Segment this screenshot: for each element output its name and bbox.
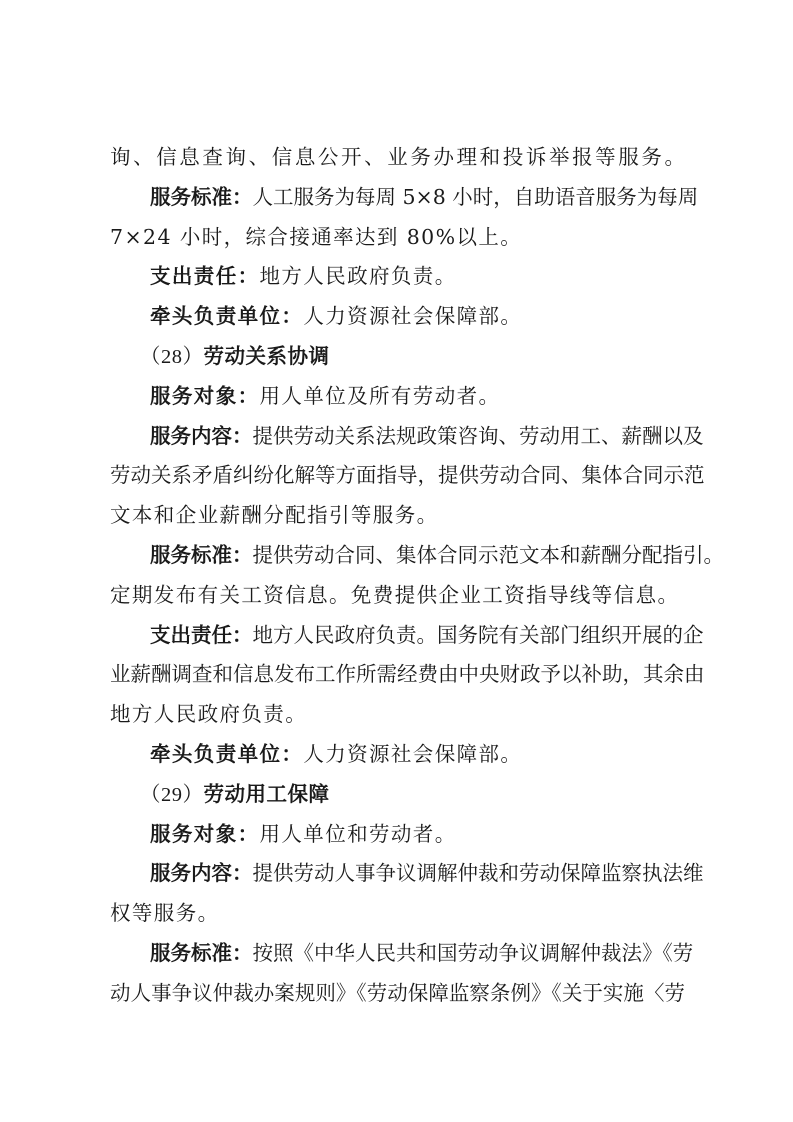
body-text: 地方人民政府负责。	[110, 702, 307, 726]
field-label: 服务对象：	[150, 822, 260, 846]
section-number: （28）	[140, 346, 204, 368]
paragraph-line: 询、信息查询、信息公开、业务办理和投诉举报等服务。	[110, 141, 685, 181]
paragraph-line: 支出责任：地方人民政府负责。国务院有关部门组织开展的企	[110, 619, 685, 659]
document-page: 询、信息查询、信息公开、业务办理和投诉举报等服务。 服务标准：人工服务为每周 5…	[110, 141, 685, 1017]
paragraph-line: 服务标准：按照《中华人民共和国劳动争议调解仲裁法》《劳	[110, 937, 685, 977]
body-text: 动人事争议仲裁办案规则》《劳动保障监察条例》《关于实施〈劳	[110, 981, 685, 1005]
field-label: 服务标准：	[150, 941, 253, 965]
section-title: 劳动关系协调	[204, 344, 330, 368]
body-text: 定期发布有关工资信息。免费提供企业工资指导线等信息。	[110, 583, 679, 607]
section-title: 劳动用工保障	[204, 782, 330, 806]
body-text: 用人单位及所有劳动者。	[260, 384, 501, 408]
body-text: 按照《中华人民共和国劳动争议调解仲裁法》《劳	[253, 941, 694, 965]
body-text: 人力资源社会保障部。	[303, 742, 522, 766]
paragraph-line: 服务内容：提供劳动人事争议调解仲裁和劳动保障监察执法维	[110, 857, 685, 897]
body-text: 提供劳动合同、集体合同示范文本和薪酬分配指引。	[253, 543, 725, 567]
body-text: 用人单位和劳动者。	[260, 822, 457, 846]
paragraph-line: 支出责任：地方人民政府负责。	[110, 260, 685, 300]
body-text: 权等服务。	[110, 901, 220, 925]
field-label: 支出责任：	[150, 623, 253, 647]
field-label: 牵头负责单位：	[150, 304, 303, 328]
paragraph-line: 服务对象：用人单位和劳动者。	[110, 818, 685, 858]
paragraph-line: 服务对象：用人单位及所有劳动者。	[110, 380, 685, 420]
body-text: 提供劳动人事争议调解仲裁和劳动保障监察执法维	[253, 861, 704, 885]
field-label: 服务标准：	[150, 543, 253, 567]
paragraph-line: 服务内容：提供劳动关系法规政策咨询、劳动用工、薪酬以及	[110, 420, 685, 460]
body-text: 文本和企业薪酬分配指引等服务。	[110, 503, 439, 527]
body-text: 人力资源社会保障部。	[303, 304, 522, 328]
field-label: 服务内容：	[150, 424, 253, 448]
body-text: 地方人民政府负责。国务院有关部门组织开展的企	[253, 623, 704, 647]
field-label: 服务标准：	[150, 185, 253, 209]
paragraph-line: 文本和企业薪酬分配指引等服务。	[110, 499, 685, 539]
body-text: 地方人民政府负责。	[260, 264, 457, 288]
body-text: 劳动关系矛盾纠纷化解等方面指导，提供劳动合同、集体合同示范	[110, 463, 705, 487]
section-heading-28: （28）劳动关系协调	[110, 340, 685, 380]
paragraph-line: 权等服务。	[110, 897, 685, 937]
paragraph-line: 7×24 小时，综合接通率达到 80%以上。	[110, 221, 685, 261]
body-text: 人工服务为每周 5×8 小时，自助语音服务为每周	[253, 185, 699, 209]
field-label: 服务内容：	[150, 861, 253, 885]
paragraph-line: 地方人民政府负责。	[110, 698, 685, 738]
field-label: 服务对象：	[150, 384, 260, 408]
paragraph-line: 动人事争议仲裁办案规则》《劳动保障监察条例》《关于实施〈劳	[110, 977, 685, 1017]
field-label: 支出责任：	[150, 264, 260, 288]
paragraph-line: 牵头负责单位：人力资源社会保障部。	[110, 738, 685, 778]
paragraph-line: 业薪酬调查和信息发布工作所需经费由中央财政予以补助，其余由	[110, 658, 685, 698]
section-heading-29: （29）劳动用工保障	[110, 778, 685, 818]
paragraph-line: 服务标准：提供劳动合同、集体合同示范文本和薪酬分配指引。	[110, 539, 685, 579]
paragraph-line: 劳动关系矛盾纠纷化解等方面指导，提供劳动合同、集体合同示范	[110, 459, 685, 499]
body-text: 询、信息查询、信息公开、业务办理和投诉举报等服务。	[110, 145, 685, 169]
field-label: 牵头负责单位：	[150, 742, 303, 766]
paragraph-line: 服务标准：人工服务为每周 5×8 小时，自助语音服务为每周	[110, 181, 685, 221]
body-text: 7×24 小时，综合接通率达到 80%以上。	[110, 225, 522, 249]
paragraph-line: 牵头负责单位：人力资源社会保障部。	[110, 300, 685, 340]
body-text: 提供劳动关系法规政策咨询、劳动用工、薪酬以及	[253, 424, 704, 448]
section-number: （29）	[140, 784, 204, 806]
paragraph-line: 定期发布有关工资信息。免费提供企业工资指导线等信息。	[110, 579, 685, 619]
body-text: 业薪酬调查和信息发布工作所需经费由中央财政予以补助，其余由	[110, 662, 705, 686]
